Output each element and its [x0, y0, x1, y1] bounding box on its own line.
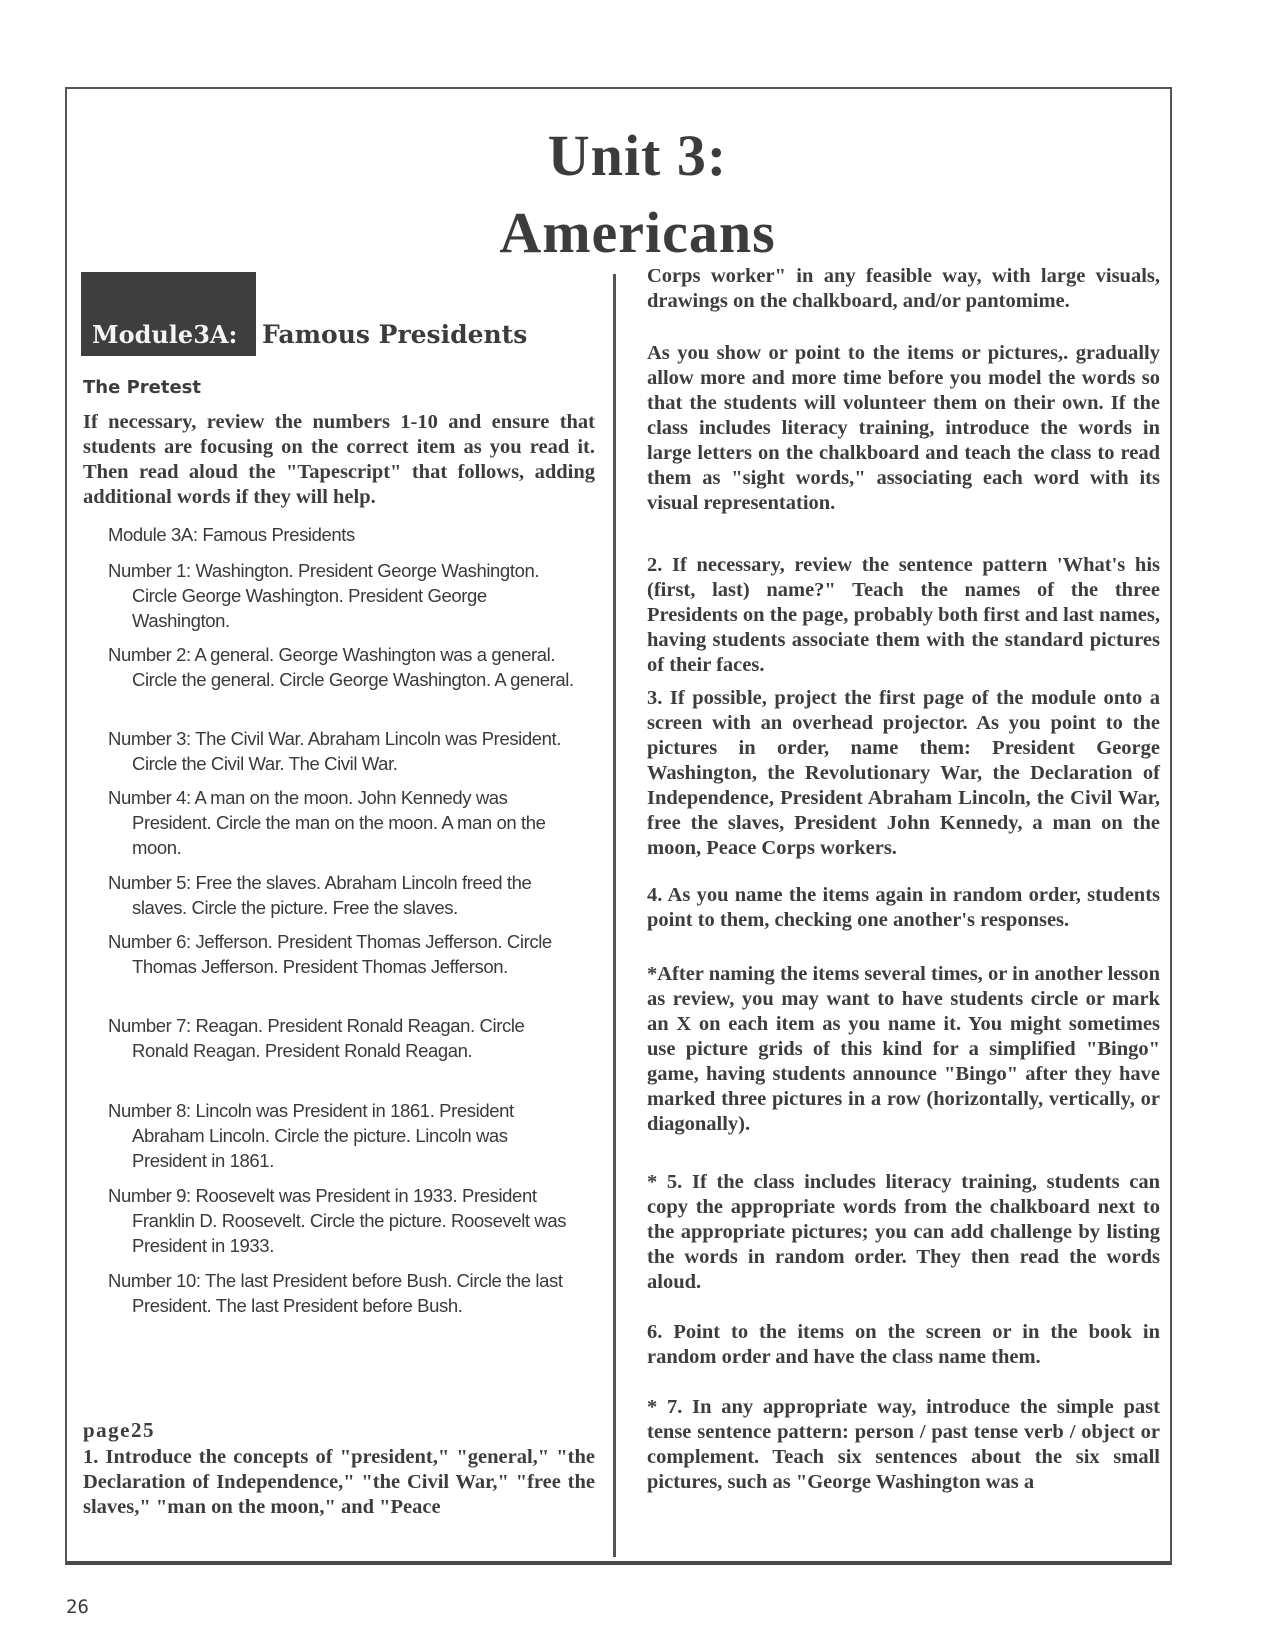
tapescript-item: Number 4: A man on the moon. John Kenned…: [108, 785, 578, 860]
unit-title: Unit 3:: [0, 120, 1275, 192]
tapescript-heading: Module 3A: Famous Presidents: [108, 522, 578, 547]
column-divider: [613, 274, 616, 1557]
instruction-paragraph: 3. If possible, project the first page o…: [647, 686, 1160, 861]
tapescript-item: Number 3: The Civil War. Abraham Lincoln…: [108, 726, 578, 776]
instruction-paragraph: Corps worker" in any feasible way, with …: [647, 264, 1160, 314]
tapescript-item: Number 6: Jefferson. President Thomas Je…: [108, 929, 578, 979]
unit-subtitle: Americans: [0, 197, 1275, 269]
instruction-paragraph: 6. Point to the items on the screen or i…: [647, 1320, 1160, 1370]
tapescript-item: Number 5: Free the slaves. Abraham Linco…: [108, 870, 578, 920]
tapescript-item: Number 10: The last President before Bus…: [108, 1268, 578, 1318]
page-number: 26: [66, 1596, 89, 1618]
instruction-paragraph: As you show or point to the items or pic…: [647, 341, 1160, 516]
tapescript-item: Number 2: A general. George Washington w…: [108, 642, 578, 692]
instruction-paragraph: 1. Introduce the concepts of "president,…: [83, 1445, 595, 1520]
tapescript-item: Number 8: Lincoln was President in 1861.…: [108, 1098, 578, 1173]
instruction-paragraph: 2. If necessary, review the sentence pat…: [647, 553, 1160, 678]
instruction-paragraph: 4. As you name the items again in random…: [647, 883, 1160, 933]
pretest-heading: The Pretest: [83, 377, 201, 399]
pretest-intro: If necessary, review the numbers 1-10 an…: [83, 410, 595, 510]
instruction-paragraph: * 5. If the class includes literacy trai…: [647, 1170, 1160, 1295]
module-label: Module3A:: [92, 320, 237, 350]
tapescript-item: Number 7: Reagan. President Ronald Reaga…: [108, 1013, 578, 1063]
instruction-paragraph: * 7. In any appropriate way, introduce t…: [647, 1395, 1160, 1495]
module-title: Famous Presidents: [262, 320, 527, 350]
instruction-paragraph: *After naming the items several times, o…: [647, 962, 1160, 1137]
tapescript-item: Number 9: Roosevelt was President in 193…: [108, 1183, 578, 1258]
page-reference: page25: [83, 1418, 155, 1443]
tapescript-item: Number 1: Washington. President George W…: [108, 558, 578, 633]
